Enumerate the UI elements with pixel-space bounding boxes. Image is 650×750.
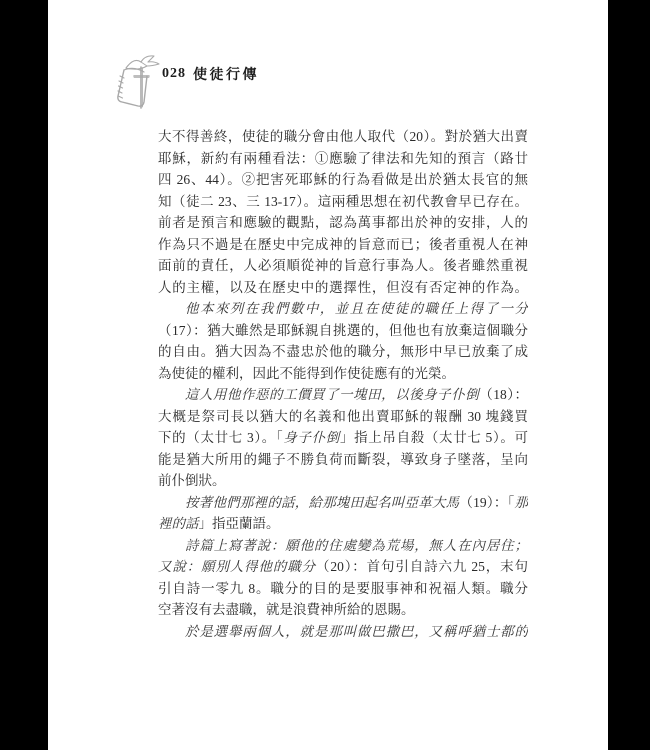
- commentary-text: 能是猶大所用的繩子不勝負荷而斷裂，導致身子墜落，呈向: [158, 452, 528, 467]
- commentary-text: 人的主權，以及在歷史中的選擇性，但沒有否定神的作為。: [158, 280, 528, 295]
- viewer-background: { "window": { "outside_background": "#00…: [0, 0, 650, 750]
- commentary-text: 的自由。猶大因為不盡忠於他的職分，無形中早已放棄了成: [158, 344, 528, 359]
- text-line: 人的主權，以及在歷史中的選擇性，但沒有否定神的作為。: [158, 277, 528, 299]
- scripture-quote-text: 裡的話: [158, 516, 199, 531]
- commentary-text: （18）：: [479, 387, 528, 402]
- text-line: 下的（太廿七 3）。「身子仆倒」指上吊自殺（太廿七 5）。可: [158, 427, 528, 449]
- body-text: 大不得善終，使徒的職分會由他人取代（20）。對於猶大出賣耶穌，新約有兩種看法：①…: [158, 126, 528, 642]
- page-header: 028 使徒行傳: [162, 64, 259, 84]
- commentary-text: 前仆倒狀。: [158, 473, 226, 488]
- scripture-quote-text: 又說：願別人得他的職分: [158, 559, 316, 574]
- commentary-text: 下的（太廿七 3）。「: [158, 430, 283, 445]
- scripture-quote-text: 他本來列在我們數中，並且在使徒的職任上得了一分: [185, 301, 528, 316]
- page-number: 028: [162, 66, 186, 82]
- commentary-text: 大概是祭司長以猶大的名義和他出賣耶穌的報酬 30 塊錢買: [158, 409, 528, 424]
- text-line: 大概是祭司長以猶大的名義和他出賣耶穌的報酬 30 塊錢買: [158, 406, 528, 428]
- text-line: 這人用他作惡的工價買了一塊田，以後身子仆倒（18）：: [158, 384, 528, 406]
- text-line: 按著他們那裡的話，給那塊田起名叫亞革大馬（19）：「那: [158, 492, 528, 514]
- text-line: 空著沒有去盡職，就是浪費神所給的恩賜。: [158, 599, 528, 621]
- text-line: 四 26、44）。②把害死耶穌的行為看做是出於猶太長官的無: [158, 169, 528, 191]
- text-line: 前者是預言和應驗的觀點，認為萬事都出於神的安排，人的: [158, 212, 528, 234]
- commentary-text: 空著沒有去盡職，就是浪費神所給的恩賜。: [158, 602, 415, 617]
- scripture-quote-text: 按著他們那裡的話，給那塊田起名叫亞革大馬: [185, 495, 459, 510]
- commentary-text: 為使徒的權利，因此不能得到作使徒應有的光榮。: [158, 366, 455, 381]
- book-page: 028 使徒行傳 大不得善終，使徒的職分會由他人取代（20）。對於猶大出賣耶穌，…: [48, 0, 608, 750]
- commentary-text: 知（徒二 23、三 13-17）。這兩種思想在初代教會早已存在。: [158, 194, 528, 209]
- scripture-quote-text: 身子仆倒: [283, 430, 340, 445]
- book-title: 使徒行傳: [193, 64, 259, 84]
- commentary-text: （20）：首句引自詩六九 25，末句: [316, 559, 528, 574]
- text-line: 於是選舉兩個人，就是那叫做巴撒巴，又稱呼猶士都的: [158, 621, 528, 643]
- text-line: 能是猶大所用的繩子不勝負荷而斷裂，導致身子墜落，呈向: [158, 449, 528, 471]
- commentary-text: （19）：「: [459, 495, 514, 510]
- commentary-text: 作為只不過是在歷史中完成神的旨意而已；後者重視人在神: [158, 237, 528, 252]
- commentary-text: 面前的責任，人必須順從神的旨意行事為人。後者雖然重視: [158, 258, 528, 273]
- commentary-text: （17）：猶大雖然是耶穌親自挑選的，但他也有放棄這個職分: [158, 323, 528, 338]
- scripture-quote-text: 詩篇上寫著說：願他的住處變為荒場，無人在內居住；: [185, 538, 528, 553]
- dove-cross-book-logo: [114, 54, 164, 110]
- text-line: 詩篇上寫著說：願他的住處變為荒場，無人在內居住；: [158, 535, 528, 557]
- text-line: 又說：願別人得他的職分（20）：首句引自詩六九 25，末句: [158, 556, 528, 578]
- scripture-quote-text: 那: [515, 495, 528, 510]
- commentary-text: 耶穌，新約有兩種看法：①應驗了律法和先知的預言（路廿: [158, 151, 528, 166]
- text-line: 面前的責任，人必須順從神的旨意行事為人。後者雖然重視: [158, 255, 528, 277]
- text-line: 引自詩一零九 8。職分的目的是要服事神和祝福人類。職分: [158, 578, 528, 600]
- text-line: 大不得善終，使徒的職分會由他人取代（20）。對於猶大出賣: [158, 126, 528, 148]
- commentary-text: 前者是預言和應驗的觀點，認為萬事都出於神的安排，人的: [158, 215, 528, 230]
- commentary-text: 」指亞蘭語。: [199, 516, 280, 531]
- text-line: 裡的話」指亞蘭語。: [158, 513, 528, 535]
- text-line: 的自由。猶大因為不盡忠於他的職分，無形中早已放棄了成: [158, 341, 528, 363]
- text-line: 耶穌，新約有兩種看法：①應驗了律法和先知的預言（路廿: [158, 148, 528, 170]
- scripture-quote-text: 這人用他作惡的工價買了一塊田，以後身子仆倒: [185, 387, 479, 402]
- commentary-text: 」指上吊自殺（太廿七 5）。可: [340, 430, 528, 445]
- text-line: （17）：猶大雖然是耶穌親自挑選的，但他也有放棄這個職分: [158, 320, 528, 342]
- commentary-text: 大不得善終，使徒的職分會由他人取代（20）。對於猶大出賣: [158, 129, 528, 144]
- scripture-quote-text: 於是選舉兩個人，就是那叫做巴撒巴，又稱呼猶士都的: [185, 624, 528, 639]
- text-line: 作為只不過是在歷史中完成神的旨意而已；後者重視人在神: [158, 234, 528, 256]
- text-line: 為使徒的權利，因此不能得到作使徒應有的光榮。: [158, 363, 528, 385]
- commentary-text: 四 26、44）。②把害死耶穌的行為看做是出於猶太長官的無: [158, 172, 528, 187]
- text-line: 他本來列在我們數中，並且在使徒的職任上得了一分: [158, 298, 528, 320]
- text-line: 前仆倒狀。: [158, 470, 528, 492]
- text-line: 知（徒二 23、三 13-17）。這兩種思想在初代教會早已存在。: [158, 191, 528, 213]
- commentary-text: 引自詩一零九 8。職分的目的是要服事神和祝福人類。職分: [158, 581, 528, 596]
